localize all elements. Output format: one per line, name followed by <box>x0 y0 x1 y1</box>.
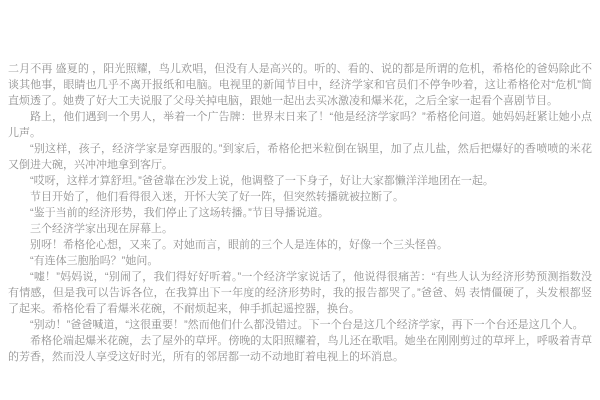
paragraph-1: 二月不再 盛夏的 ，阳光照耀，鸟儿欢唱，但没有人是高兴的。听的、看的、说的都是所… <box>8 61 592 109</box>
paragraph-2: 路上，他们遇到一个男人，举着一个广告牌：世界末日来了！“他是经济学家吗？”希格伦… <box>8 109 592 141</box>
paragraph-10: “嘘！”妈妈说，“别闹了，我们得好好听着。”一个经济学家说话了，他说得很痛苦：“… <box>8 269 592 317</box>
paragraph-9: “有连体三胞胎吗？”她问。 <box>8 253 592 269</box>
document-page: 二月不再 盛夏的 ，阳光照耀，鸟儿欢唱，但没有人是高兴的。听的、看的、说的都是所… <box>0 0 600 400</box>
paragraph-6: “鉴于当前的经济形势，我们停止了这场转播。”节目导播说道。 <box>8 205 592 221</box>
paragraph-11: “别动！”爸爸喊道，“这很重要！”然而他们什么都没错过。下一个台是这几个经济学家… <box>8 317 592 333</box>
paragraph-7: 三个经济学家出现在屏幕上。 <box>8 221 592 237</box>
paragraph-8: 别呀！希格伦心想，又来了。对她而言，眼前的三个人是连体的，好像一个三头怪兽。 <box>8 237 592 253</box>
paragraph-12: 希格伦端起爆米花碗，去了屋外的草坪。傍晚的太阳照耀着，鸟儿还在歌唱。她坐在刚刚剪… <box>8 333 592 365</box>
paragraph-5: 节目开始了，他们看得很入迷，开怀大笑了好一阵，但突然转播就被拉断了。 <box>8 189 592 205</box>
paragraph-3: “别这样，孩子，经济学家是穿西服的。”到家后，希格伦把米粒倒在锅里，加了点儿盐，… <box>8 141 592 173</box>
paragraph-4: “哎呀，这样才算舒坦。”爸爸靠在沙发上说，他调整了一下身子，好让大家都懒洋洋地团… <box>8 173 592 189</box>
